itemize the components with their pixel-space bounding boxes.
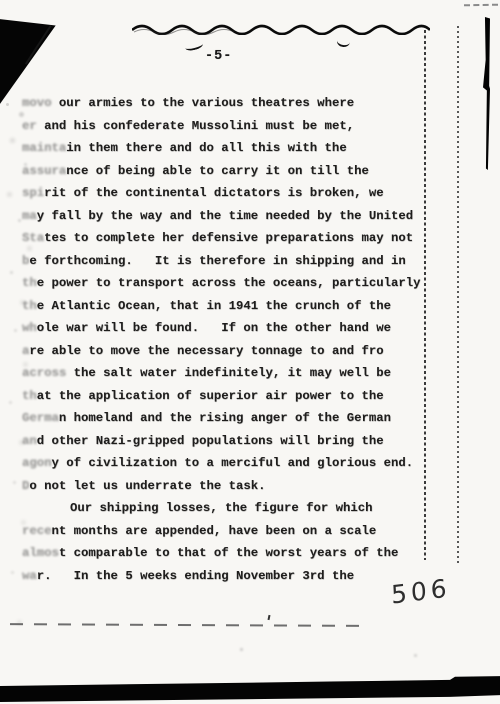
line-text: y fall by the way and the time needed by…: [37, 209, 413, 223]
line-text: e forthcoming. It is therefore in shippi…: [29, 254, 405, 268]
line-text: o not let us underrate the task.: [29, 479, 265, 493]
text-line: Our shipping losses, the figure for whic…: [0, 497, 470, 520]
text-line: assurance of being able to carry it on t…: [0, 160, 470, 183]
text-line: the power to transport across the oceans…: [0, 272, 470, 295]
line-text: Our shipping losses, the figure for whic…: [70, 501, 373, 515]
text-line: spirit of the continental dictators is b…: [0, 182, 470, 205]
ghost-text: Sta: [22, 227, 44, 249]
ghost-text: rece: [22, 520, 52, 542]
ghost-text: mainta: [22, 137, 66, 159]
line-text: ole war will be found. If on the other h…: [37, 321, 391, 335]
text-line: maintain them there and do all this with…: [0, 137, 470, 160]
ghost-text: agon: [22, 452, 52, 474]
corner-tear-mark: [0, 0, 58, 106]
scan-noise-smudges: [6, 103, 9, 106]
text-line: recent months are appended, have been on…: [0, 520, 470, 543]
line-text: d other Nazi-gripped populations will br…: [37, 434, 384, 448]
line-text: nt months are appended, have been on a s…: [52, 524, 377, 538]
ghost-text: spi: [22, 182, 44, 204]
letter-body: movo our armies to the various theatres …: [0, 92, 470, 587]
ghost-text: a: [22, 340, 29, 362]
text-line: States to complete her defensive prepara…: [0, 227, 470, 250]
line-text: r. In the 5 weeks ending November 3rd th…: [37, 569, 354, 583]
line-text: in them there and do all this with the: [66, 141, 346, 155]
line-text: y of civilization to a merciful and glor…: [52, 456, 414, 470]
ghost-text: er: [22, 115, 37, 137]
bottom-scan-band: [0, 670, 500, 704]
text-line: the Atlantic Ocean, that in 1941 the cru…: [0, 295, 470, 318]
ghost-text: wa: [22, 565, 37, 587]
ghost-text: th: [22, 385, 37, 407]
line-text: at the application of superior air power…: [37, 389, 384, 403]
text-line: across the salt water indefinitely, it m…: [0, 362, 470, 385]
ghost-text: th: [22, 295, 37, 317]
line-text: nce of being able to carry it on till th…: [66, 164, 369, 178]
pen-tick-mark-1: [184, 40, 203, 52]
text-line: be forthcoming. It is therefore in shipp…: [0, 250, 470, 273]
line-text: t comparable to that of the worst years …: [59, 546, 398, 560]
pen-tick-mark-2: [336, 35, 350, 48]
handwritten-number: 506: [390, 573, 451, 609]
text-line: er and his confederate Mussolini must be…: [0, 115, 470, 138]
scanned-document-page: -5- movo our armies to the various theat…: [0, 0, 500, 704]
text-line: German homeland and the rising anger of …: [0, 407, 470, 430]
ghost-text: ma: [22, 205, 37, 227]
line-text: our armies to the various theatres where: [52, 96, 355, 110]
fold-tick-mark: [268, 615, 271, 620]
ghost-text: D: [22, 475, 29, 497]
ghost-text: th: [22, 272, 37, 294]
line-text: and his confederate Mussolini must be me…: [37, 119, 354, 133]
page-number: -5-: [205, 49, 232, 64]
line-text: e power to transport across the oceans, …: [37, 276, 421, 290]
ghost-text: across: [22, 362, 66, 384]
text-line: movo our armies to the various theatres …: [0, 92, 470, 115]
text-line: agony of civilization to a merciful and …: [0, 452, 470, 475]
scan-ink-streak: [483, 17, 490, 170]
text-line: and other Nazi-gripped populations will …: [0, 430, 470, 453]
torn-paper-edge: [132, 21, 430, 35]
ghost-text: almos: [22, 542, 59, 564]
text-line: whole war will be found. If on the other…: [0, 317, 470, 340]
line-text: rit of the continental dictators is brok…: [44, 186, 383, 200]
ghost-text: b: [22, 250, 29, 272]
ghost-text: Germa: [22, 407, 59, 429]
line-text: re able to move the necessary tonnage to…: [29, 344, 383, 358]
ghost-text: an: [22, 430, 37, 452]
text-line: almost comparable to that of the worst y…: [0, 542, 470, 565]
line-text: tes to complete her defensive preparatio…: [44, 231, 413, 245]
ghost-text: wh: [22, 317, 37, 339]
ghost-text: assura: [22, 160, 66, 182]
text-line: are able to move the necessary tonnage t…: [0, 340, 470, 363]
line-text: the salt water indefinitely, it may well…: [66, 366, 391, 380]
text-line: may fall by the way and the time needed …: [0, 205, 470, 228]
text-line: that the application of superior air pow…: [0, 385, 470, 408]
text-line: Do not let us underrate the task.: [0, 475, 470, 498]
line-text: n homeland and the rising anger of the G…: [59, 411, 391, 425]
corner-dash-mark: [464, 4, 498, 7]
fold-dash-line: [10, 623, 362, 627]
ghost-text: movo: [22, 92, 52, 114]
line-text: e Atlantic Ocean, that in 1941 the crunc…: [37, 299, 391, 313]
